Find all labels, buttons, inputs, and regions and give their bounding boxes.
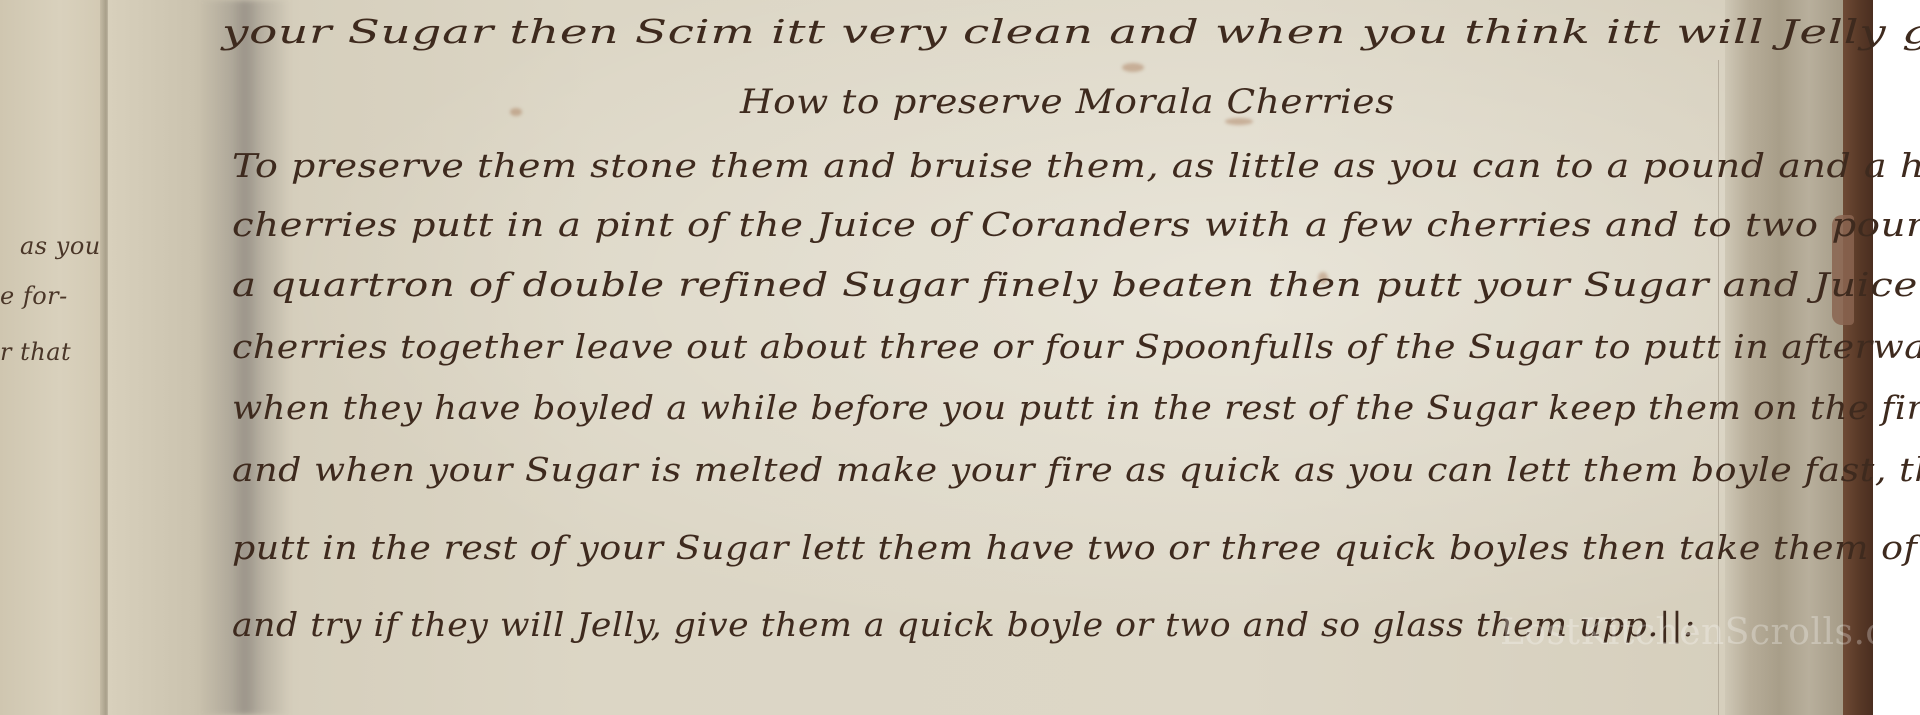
- recipe-line: and try if they will Jelly, give them a …: [232, 605, 1696, 644]
- ink-stain: [1122, 63, 1144, 72]
- recipe-line: putt in the rest of your Sugar lett them…: [232, 528, 1918, 567]
- recipe-line: cherries putt in a pint of the Juice of …: [232, 205, 1920, 244]
- manuscript-scan: as you e for- r that your Sugar then Sci…: [0, 0, 1920, 715]
- left-margin-fragment: r that: [0, 338, 71, 366]
- watermark: LostKitchenScrolls.org: [1500, 612, 1920, 653]
- recipe-title: How to preserve Morala Cherries: [740, 82, 1395, 122]
- recipe-line: cherries together leave out about three …: [232, 327, 1920, 366]
- recipe-line: To preserve them stone them and bruise t…: [232, 146, 1920, 185]
- ink-stain: [510, 108, 522, 116]
- recipe-line: when they have boyled a while before you…: [232, 388, 1920, 427]
- recipe-line: and when your Sugar is melted make your …: [232, 450, 1920, 489]
- left-margin-fragment: as you: [20, 232, 101, 260]
- left-margin-fragment: e for-: [0, 282, 68, 310]
- recipe-line: a quartron of double refined Sugar finel…: [232, 265, 1920, 304]
- previous-recipe-last-line: your Sugar then Scim itt very clean and …: [222, 12, 1920, 51]
